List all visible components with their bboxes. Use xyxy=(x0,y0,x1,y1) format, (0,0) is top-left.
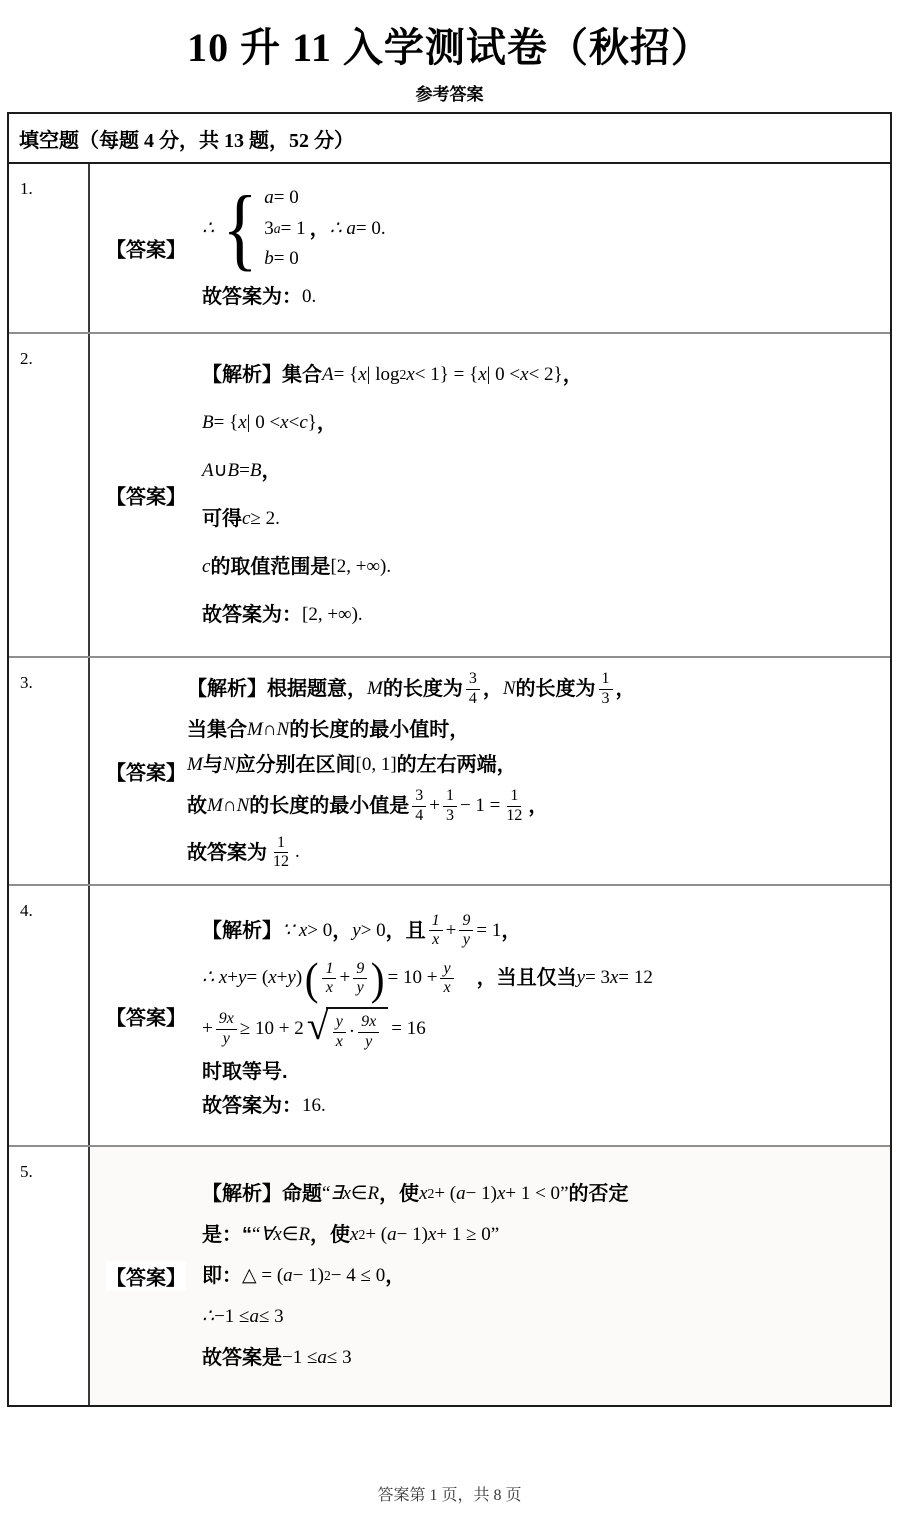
math-text: − 1 = xyxy=(460,794,500,819)
fraction-denominator: x xyxy=(440,979,453,997)
math-text: N xyxy=(277,718,290,743)
fraction-denominator: x xyxy=(429,931,442,949)
math-text: [2, +∞). xyxy=(330,555,391,580)
math-text: ∪ xyxy=(214,459,228,484)
fraction-numerator: 9 xyxy=(459,912,473,931)
math-text: = 10 + xyxy=(388,966,438,991)
math-text: + xyxy=(202,1017,213,1042)
fraction-numerator: 9 xyxy=(353,960,367,979)
fraction-numerator: y xyxy=(440,960,453,979)
solution-line: 【解析】集合A = {x | log2 x < 1} = {x | 0 < x … xyxy=(202,362,890,388)
solution-line: ∴{a = 03a = 1b = 0 ，∴ a = 0. xyxy=(202,186,890,272)
solution-cell: 【答案】【解析】命题“∃x ∈ R，使x2 + (a − 1)x + 1 < 0… xyxy=(90,1147,890,1405)
solution-line: 是：““∀x ∈ R，使x2 + (a − 1)x + 1 ≥ 0” xyxy=(202,1222,890,1248)
math-text: ≥ 10 + 2 xyxy=(240,1017,304,1042)
text-zh: ， xyxy=(563,362,583,388)
math-text: x xyxy=(268,966,276,991)
text-zh: ， xyxy=(317,410,337,436)
math-text: y xyxy=(352,919,360,944)
math-text: x xyxy=(238,411,246,436)
math-text: x xyxy=(419,1182,427,1207)
solution-line: ∴ x + y = (x + y)(1x + 9y) = 10 + yx ，当且… xyxy=(202,958,890,999)
math-text: b xyxy=(264,247,274,272)
radicand: yx · 9xy xyxy=(326,1007,389,1051)
math-text: M xyxy=(247,718,263,743)
math-text: x xyxy=(610,966,618,991)
math-text: − 1) xyxy=(293,1264,324,1289)
math-text: x xyxy=(280,411,288,436)
math-text: ∈ xyxy=(282,1223,299,1248)
math-text: = 1 xyxy=(281,217,306,242)
answer-row: 5.【答案】【解析】命题“∃x ∈ R，使x2 + (a − 1)x + 1 <… xyxy=(9,1145,890,1405)
math-text: + xyxy=(277,966,288,991)
text-zh: ， xyxy=(385,1263,405,1289)
math-text: > 0 xyxy=(307,919,332,944)
math-text: ∩ xyxy=(263,718,277,743)
text-zh: 【解析】 xyxy=(202,918,282,944)
left-brace: { xyxy=(223,191,258,266)
solution-cell: 【答案】【解析】集合A = {x | log2 x < 1} = {x | 0 … xyxy=(90,334,890,656)
math-text: N xyxy=(223,753,236,778)
text-zh: 的左右两端， xyxy=(397,752,517,778)
fraction: 9xy xyxy=(216,1010,237,1048)
math-text: ≥ 2. xyxy=(250,507,279,532)
fraction-numerator: 1 xyxy=(443,787,457,806)
math-text: < 2} xyxy=(529,363,563,388)
text-zh: 【解析】集合 xyxy=(202,362,322,388)
math-text: | log xyxy=(367,363,400,388)
math-text: B xyxy=(202,411,214,436)
square-root: √yx · 9xy xyxy=(307,1007,389,1051)
superscript: 2 xyxy=(324,1267,331,1285)
math-text: − 1) xyxy=(397,1223,428,1248)
math-text: x xyxy=(428,1223,436,1248)
fraction: 9y xyxy=(353,960,367,998)
math-text: x xyxy=(478,363,486,388)
math-text: −1 ≤ xyxy=(282,1346,317,1371)
solution-cell: 【答案】∴{a = 03a = 1b = 0 ，∴ a = 0.故答案为：0. xyxy=(90,164,890,332)
math-text: = ( xyxy=(246,966,268,991)
text-zh: ，使 xyxy=(379,1181,419,1207)
solution-line: 当集合M ∩ N的长度的最小值时， xyxy=(187,717,890,743)
text-zh: 故答案为： xyxy=(202,602,302,628)
math-text: x xyxy=(497,1182,505,1207)
fraction-numerator: 1 xyxy=(274,834,288,853)
fraction-denominator: y xyxy=(460,931,473,949)
math-text: a xyxy=(283,1264,293,1289)
math-text: a xyxy=(250,1305,260,1330)
text-zh: 【解析】命题 xyxy=(202,1181,322,1207)
page-footer: 答案第 1 页，共 8 页 xyxy=(0,1482,899,1505)
answer-table: 填空题（每题 4 分，共 13 题，52 分） 1.【答案】∴{a = 03a … xyxy=(7,112,892,1407)
solution-line: M与N应分别在区间[0, 1]的左右两端， xyxy=(187,752,890,778)
text-zh: ， xyxy=(483,676,503,702)
math-text: M xyxy=(187,753,203,778)
solution-cell: 【答案】【解析】∵ x > 0，y > 0，且1x + 9y = 1 ，∴ x … xyxy=(90,886,890,1145)
math-text: + xyxy=(446,919,457,944)
math-text: y xyxy=(577,966,585,991)
math-text: [0, 1] xyxy=(356,753,397,778)
solution-cell: 【答案】【解析】根据题意，M的长度为34，N的长度为13，当集合M ∩ N的长度… xyxy=(90,658,890,884)
math-text: ∵ x xyxy=(282,919,307,944)
fraction-denominator: y xyxy=(354,979,367,997)
text-zh: 的长度的最小值是 xyxy=(249,793,409,819)
close-paren: ) xyxy=(371,958,385,999)
math-text: a xyxy=(456,1182,466,1207)
fraction: 34 xyxy=(466,670,480,708)
solution-line: 故答案是−1 ≤ a ≤ 3 xyxy=(202,1345,890,1371)
page-subtitle: 参考答案 xyxy=(0,80,899,105)
text-zh: 应分别在区间 xyxy=(236,752,356,778)
solution-line: 故答案为：[2, +∞). xyxy=(202,602,890,628)
fraction: 13 xyxy=(443,787,457,825)
document-page: 10 升 11 入学测试卷（秋招） 参考答案 填空题（每题 4 分，共 13 题… xyxy=(0,0,899,1521)
math-text: ∀x xyxy=(260,1223,281,1248)
math-text: = 0. xyxy=(356,217,386,242)
fraction: 13 xyxy=(599,670,613,708)
superscript: a xyxy=(274,220,281,238)
fraction: 1x xyxy=(429,912,443,950)
parenthesized-group: (1x + 9y) xyxy=(304,958,385,999)
fraction: 112 xyxy=(503,787,525,825)
math-text: = 0 xyxy=(274,247,299,272)
paren-inner: 1x + 9y xyxy=(319,960,370,998)
text-zh: 当集合 xyxy=(187,717,247,743)
math-text: ∩ xyxy=(223,794,237,819)
math-text: − 4 ≤ 0 xyxy=(331,1264,385,1289)
fraction-denominator: 4 xyxy=(466,690,480,708)
open-paren: ( xyxy=(305,958,319,999)
question-number: 3. xyxy=(9,658,90,884)
math-text: . xyxy=(295,840,300,865)
cases-stack: a = 03a = 1b = 0 xyxy=(264,186,305,272)
math-text: y xyxy=(238,966,246,991)
cases-group: {a = 03a = 1b = 0 xyxy=(218,186,305,272)
math-text: 3 xyxy=(264,217,274,242)
math-text: | 0 < xyxy=(487,363,521,388)
fraction-numerator: 9x xyxy=(358,1013,379,1032)
fraction-denominator: x xyxy=(333,1033,346,1051)
text-zh: 的长度为 xyxy=(383,676,463,702)
text-zh: 的取值范围是 xyxy=(210,554,330,580)
answer-row: 1.【答案】∴{a = 03a = 1b = 0 ，∴ a = 0.故答案为：0… xyxy=(9,164,890,332)
fraction-denominator: 12 xyxy=(503,807,525,825)
math-text: 16. xyxy=(302,1094,326,1119)
text-zh: ， xyxy=(332,918,352,944)
text-zh: ， xyxy=(310,216,330,242)
text-zh: 故答案是 xyxy=(202,1345,282,1371)
math-text: = { xyxy=(334,363,359,388)
section-header-label: 填空题（每题 4 分，共 13 题，52 分） xyxy=(19,124,354,153)
math-text: N xyxy=(237,794,250,819)
text-zh: ，使 xyxy=(310,1222,350,1248)
answer-row: 4.【答案】【解析】∵ x > 0，y > 0，且1x + 9y = 1 ，∴ … xyxy=(9,884,890,1145)
math-text: = 3 xyxy=(585,966,610,991)
section-header: 填空题（每题 4 分，共 13 题，52 分） xyxy=(9,114,890,164)
math-text: < 1} = { xyxy=(415,363,478,388)
math-text: | 0 < xyxy=(247,411,281,436)
answer-label: 【答案】 xyxy=(106,1262,186,1291)
fraction-denominator: 4 xyxy=(412,807,426,825)
solution-line: B = {x | 0 < x < c} ， xyxy=(202,410,890,436)
math-text: < xyxy=(289,411,300,436)
fraction-denominator: 3 xyxy=(599,690,613,708)
math-text: A xyxy=(322,363,334,388)
math-text: + 1 ≥ 0 xyxy=(436,1223,490,1248)
math-text: ∴ xyxy=(202,217,214,242)
math-text: ∈ xyxy=(351,1182,368,1207)
math-text: ∴ xyxy=(202,1305,214,1330)
math-text: M xyxy=(367,677,383,702)
text-zh: 【解析】根据题意， xyxy=(187,676,367,702)
fraction-numerator: 1 xyxy=(322,960,336,979)
text-zh: 的长度的最小值时， xyxy=(289,717,469,743)
question-number: 2. xyxy=(9,334,90,656)
math-text: ≤ 3 xyxy=(327,1346,352,1371)
math-text: [2, +∞). xyxy=(302,603,363,628)
text-zh: ，且 xyxy=(386,918,426,944)
fraction-denominator: y xyxy=(362,1033,375,1051)
solution-line: 即：△ = (a − 1)2 − 4 ≤ 0 ， xyxy=(202,1263,890,1289)
fraction-numerator: 3 xyxy=(466,670,480,689)
fraction-numerator: 1 xyxy=(429,912,443,931)
answer-rows: 1.【答案】∴{a = 03a = 1b = 0 ，∴ a = 0.故答案为：0… xyxy=(9,164,890,1405)
math-text: M xyxy=(207,794,223,819)
solution-line: c的取值范围是[2, +∞). xyxy=(202,554,890,580)
math-text: } xyxy=(308,411,317,436)
solution-line: 可得c ≥ 2. xyxy=(202,506,890,532)
math-text: a xyxy=(387,1223,397,1248)
answer-label: 【答案】 xyxy=(106,234,186,263)
fraction-numerator: 3 xyxy=(412,787,426,806)
math-text: = xyxy=(239,459,250,484)
solution-line: ∴ −1 ≤ a ≤ 3 xyxy=(202,1304,890,1330)
fraction: 1x xyxy=(322,960,336,998)
fraction-denominator: 12 xyxy=(270,853,292,871)
fraction: yx xyxy=(333,1013,346,1051)
superscript: 2 xyxy=(428,1185,435,1203)
math-text: ” xyxy=(560,1182,568,1207)
math-text: y xyxy=(287,966,295,991)
math-text: A xyxy=(202,459,214,484)
cases-line: b = 0 xyxy=(264,247,305,272)
text-zh: ，当且仅当 xyxy=(457,965,577,991)
math-text: B xyxy=(228,459,240,484)
question-number: 5. xyxy=(9,1147,90,1405)
fraction: 34 xyxy=(412,787,426,825)
math-text: + xyxy=(429,794,440,819)
fraction: 112 xyxy=(270,834,292,872)
solution-line: + 9xy ≥ 10 + 2√yx · 9xy = 16 xyxy=(202,1007,890,1051)
math-text: = 1 xyxy=(476,919,501,944)
math-text: x xyxy=(358,363,366,388)
fraction-numerator: 9x xyxy=(216,1010,237,1029)
page-title: 10 升 11 入学测试卷（秋招） xyxy=(0,16,899,73)
text-zh: ， xyxy=(616,676,636,702)
math-text: a xyxy=(264,186,274,211)
math-text: ∃x xyxy=(330,1182,350,1207)
math-text: > 0 xyxy=(361,919,386,944)
math-text: = 12 xyxy=(618,966,652,991)
text-zh: ， xyxy=(501,918,521,944)
text-zh: 的否定 xyxy=(569,1181,629,1207)
question-number: 4. xyxy=(9,886,90,1145)
text-zh: ， xyxy=(261,458,281,484)
answer-row: 3.【答案】【解析】根据题意，M的长度为34，N的长度为13，当集合M ∩ N的… xyxy=(9,656,890,884)
fraction-denominator: x xyxy=(323,979,336,997)
math-text: + xyxy=(227,966,238,991)
solution-line: 故答案为：0. xyxy=(202,284,890,310)
fraction-denominator: 3 xyxy=(443,807,457,825)
math-text: ∴ x xyxy=(202,966,227,991)
math-text: = 0 xyxy=(274,186,299,211)
text-zh: 故答案为 xyxy=(187,840,267,866)
math-text: c xyxy=(242,507,250,532)
math-text: = { xyxy=(214,411,239,436)
answer-label: 【答案】 xyxy=(106,481,186,510)
solution-line: 故M ∩ N的长度的最小值是34 + 13 − 1 = 112 ， xyxy=(187,787,890,825)
math-text: R xyxy=(367,1182,379,1207)
math-text: “ xyxy=(252,1223,260,1248)
math-text: x xyxy=(406,363,414,388)
cases-line: 3a = 1 xyxy=(264,217,305,242)
text-zh: 可得 xyxy=(202,506,242,532)
answer-row: 2.【答案】【解析】集合A = {x | log2 x < 1} = {x | … xyxy=(9,332,890,656)
fraction-denominator: y xyxy=(220,1030,233,1048)
math-text: c xyxy=(299,411,307,436)
math-text: N xyxy=(503,677,516,702)
fraction-numerator: y xyxy=(333,1013,346,1032)
solution-line: A ∪ B = B ， xyxy=(202,458,890,484)
solution-line: 故答案为：16. xyxy=(202,1093,890,1119)
math-text: · xyxy=(349,1020,355,1045)
math-text: − 1) xyxy=(466,1182,497,1207)
math-text: x xyxy=(350,1223,358,1248)
math-text: ∴ a xyxy=(330,217,356,242)
math-text: + ( xyxy=(365,1223,387,1248)
solution-line: 时取等号. xyxy=(202,1059,890,1085)
answer-label: 【答案】 xyxy=(106,757,186,786)
answer-label: 【答案】 xyxy=(106,1001,186,1030)
text-zh: 的长度为 xyxy=(516,676,596,702)
math-text: ) xyxy=(296,966,302,991)
math-text: B xyxy=(250,459,262,484)
math-text: + 1 < 0 xyxy=(505,1182,560,1207)
math-text: + ( xyxy=(434,1182,456,1207)
text-zh: 是：“ xyxy=(202,1222,252,1248)
math-text: c xyxy=(202,555,210,580)
solution-line: 故答案为112. xyxy=(187,834,890,872)
fraction: 9xy xyxy=(358,1013,379,1051)
question-number: 1. xyxy=(9,164,90,332)
math-text: △ = ( xyxy=(242,1264,283,1289)
math-text: 0. xyxy=(302,285,316,310)
fraction-numerator: 1 xyxy=(599,670,613,689)
cases-line: a = 0 xyxy=(264,186,305,211)
solution-line: 【解析】∵ x > 0，y > 0，且1x + 9y = 1 ， xyxy=(202,912,890,950)
superscript: 2 xyxy=(358,1226,365,1244)
fraction-numerator: 1 xyxy=(507,787,521,806)
math-text: ” xyxy=(491,1223,499,1248)
fraction: 9y xyxy=(459,912,473,950)
text-zh: 时取等号. xyxy=(202,1059,288,1085)
solution-line: 【解析】命题“∃x ∈ R，使x2 + (a − 1)x + 1 < 0”的否定 xyxy=(202,1181,890,1207)
math-text: “ xyxy=(322,1182,330,1207)
math-text: x xyxy=(520,363,528,388)
math-text: + xyxy=(339,966,350,991)
math-text: −1 ≤ xyxy=(214,1305,249,1330)
fraction: yx xyxy=(440,960,453,998)
text-zh: 故 xyxy=(187,793,207,819)
text-zh: 即： xyxy=(202,1263,242,1289)
solution-line: 【解析】根据题意，M的长度为34，N的长度为13， xyxy=(187,670,890,708)
text-zh: 与 xyxy=(203,752,223,778)
math-text: R xyxy=(298,1223,310,1248)
math-text: a xyxy=(317,1346,327,1371)
text-zh: 故答案为： xyxy=(202,284,302,310)
text-zh: 故答案为： xyxy=(202,1093,302,1119)
math-text: = 16 xyxy=(391,1017,425,1042)
text-zh: ， xyxy=(528,793,548,819)
math-text: ≤ 3 xyxy=(259,1305,284,1330)
